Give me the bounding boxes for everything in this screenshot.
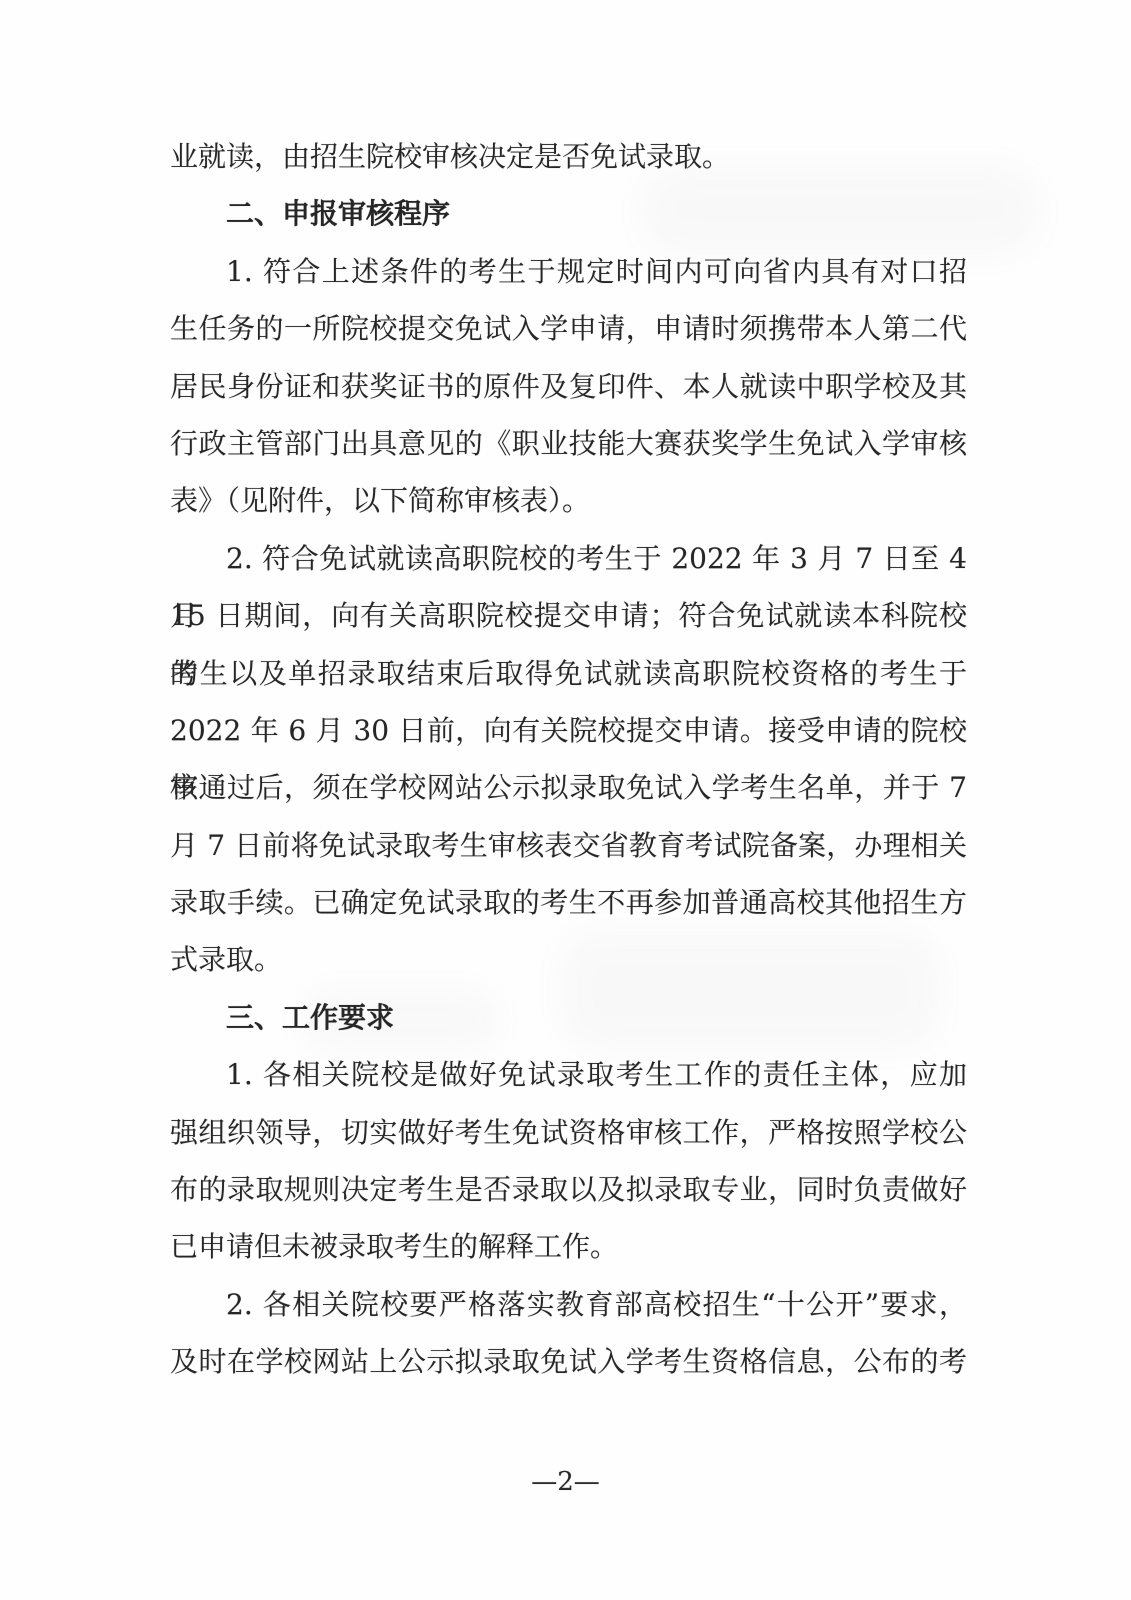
text-line: 已申请但未被录取考生的解释工作。 [170,1218,967,1275]
text-line: 强组织领导，切实做好考生免试资格审核工作，严格按照学校公 [170,1104,967,1161]
document-page: 业就读，由招生院校审核决定是否免试录取。二、申报审核程序1. 符合上述条件的考生… [0,0,1131,1600]
text-line: 1. 各相关院校是做好免试录取考生工作的责任主体，应加 [170,1046,967,1103]
text-line: 核通过后，须在学校网站公示拟录取免试入学考生名单，并于 7 [170,759,967,816]
text-line: 2022 年 6 月 30 日前，向有关院校提交申请。接受申请的院校审 [170,702,967,759]
text-line: 业就读，由招生院校审核决定是否免试录取。 [170,128,967,185]
page-number: —2— [0,1454,1131,1511]
text-line: 月 7 日前将免试录取考生审核表交省教育考试院备案，办理相关 [170,817,967,874]
text-line: 生任务的一所院校提交免试入学申请，申请时须携带本人第二代 [170,300,967,357]
text-line: 及时在学校网站上公示拟录取免试入学考生资格信息，公布的考 [170,1333,967,1390]
text-line: 1. 符合上述条件的考生于规定时间内可向省内具有对口招 [170,243,967,300]
text-line: 录取手续。已确定免试录取的考生不再参加普通高校其他招生方 [170,874,967,931]
text-line: 15 日期间，向有关高职院校提交申请；符合免试就读本科院校的 [170,587,967,644]
text-line: 布的录取规则决定考生是否录取以及拟录取专业，同时负责做好 [170,1161,967,1218]
text-line: 居民身份证和获奖证书的原件及复印件、本人就读中职学校及其 [170,358,967,415]
text-line: 行政主管部门出具意见的《职业技能大赛获奖学生免试入学审核 [170,415,967,472]
text-line: 2. 符合免试就读高职院校的考生于 2022 年 3 月 7 日至 4 月 [170,530,967,587]
text-line: 2. 各相关院校要严格落实教育部高校招生“十公开”要求， [170,1276,967,1333]
text-line: 式录取。 [170,931,967,988]
text-line: 表》（见附件，以下简称审核表）。 [170,472,967,529]
document-body: 业就读，由招生院校审核决定是否免试录取。二、申报审核程序1. 符合上述条件的考生… [170,128,967,1391]
section-heading: 三、工作要求 [170,989,967,1046]
text-line: 考生以及单招录取结束后取得免试就读高职院校资格的考生于 [170,645,967,702]
section-heading: 二、申报审核程序 [170,185,967,242]
